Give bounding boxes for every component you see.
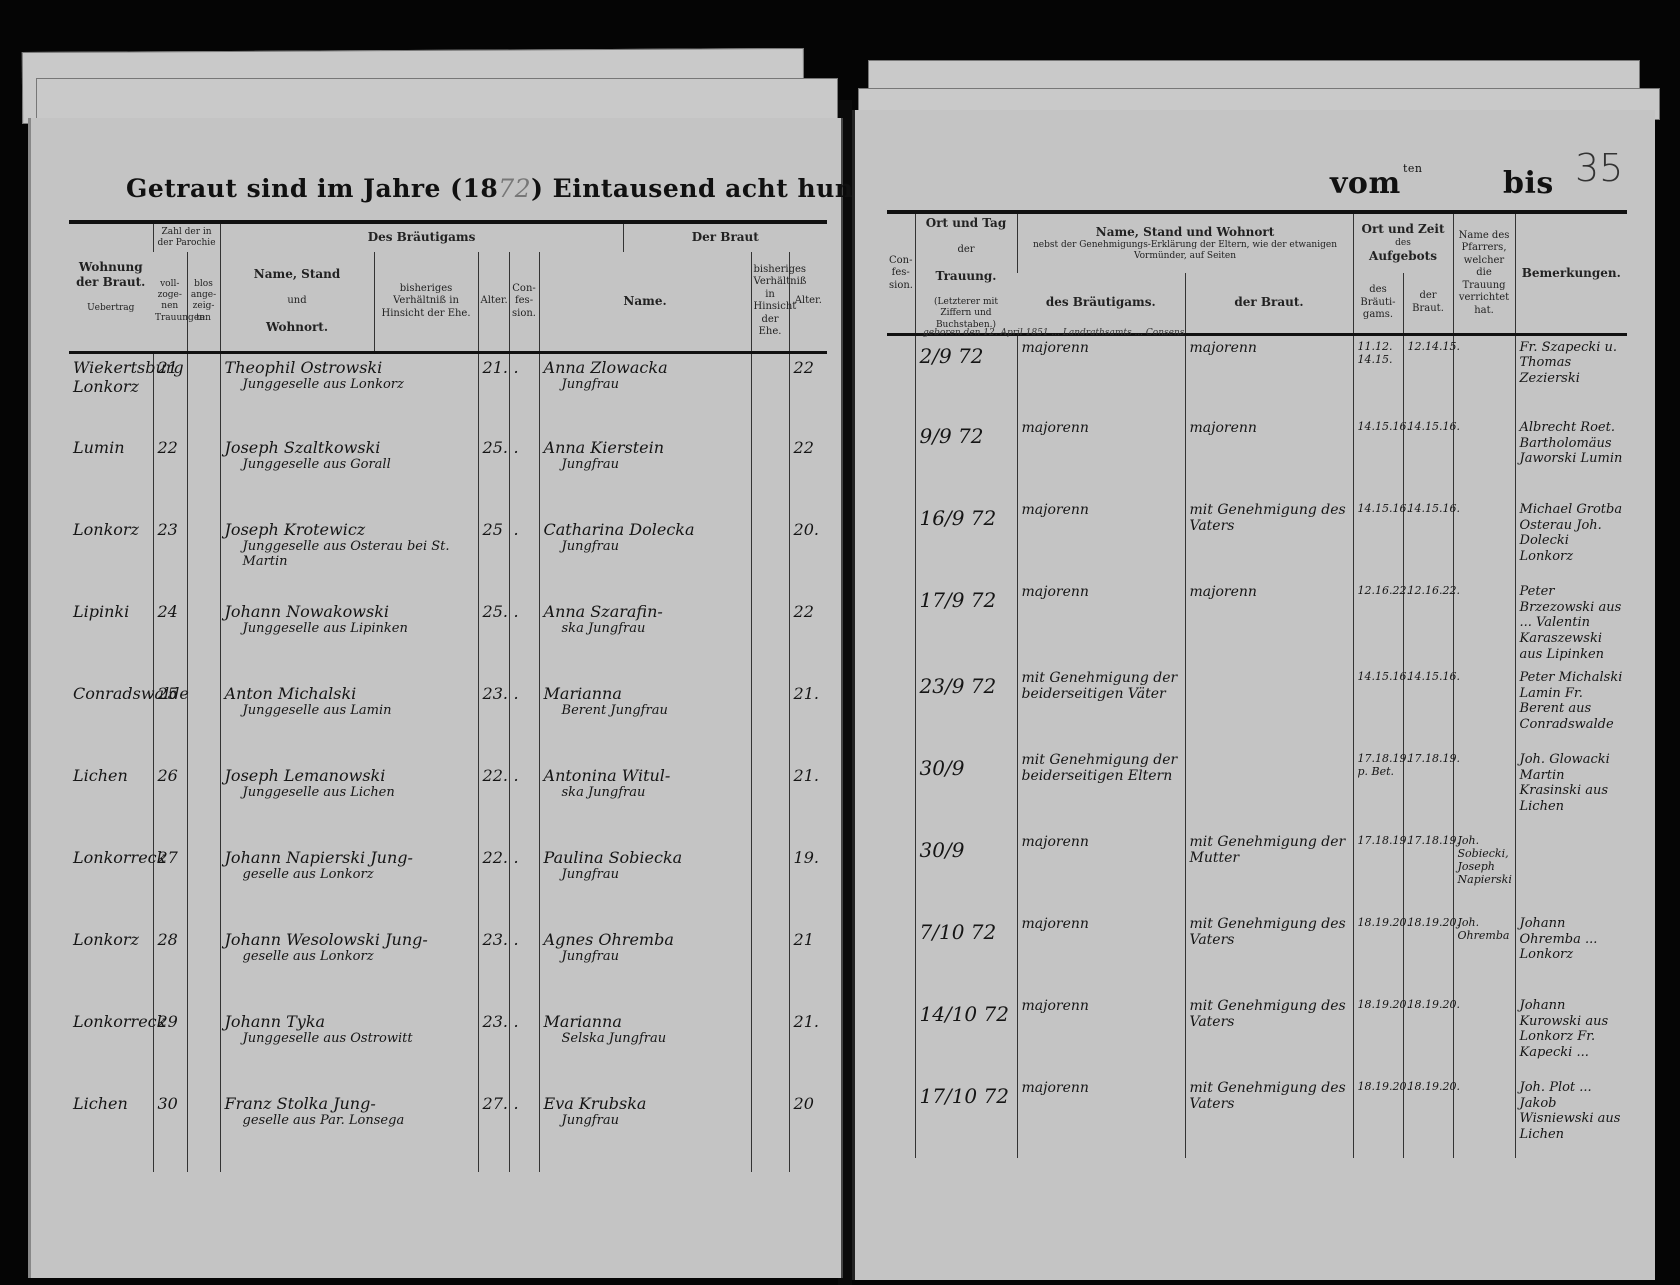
bride-detail: Jungfrau xyxy=(544,949,747,964)
bride-detail: Selska Jungfrau xyxy=(544,1031,747,1046)
bride-cell: MariannaSelska Jungfrau xyxy=(539,1008,751,1090)
blos-cell xyxy=(187,680,220,762)
table-row: 17/10 72majorennmit Genehmigung des Vate… xyxy=(887,1076,1627,1158)
remarks-cell: Johann Kurowski aus Lonkorz Fr. Kapecki … xyxy=(1515,994,1627,1076)
header-des-braeutigams: Des Bräutigams xyxy=(220,222,623,252)
blos-cell xyxy=(187,516,220,598)
aufgebot-bride: 18.19.20. xyxy=(1403,994,1453,1076)
groom-confession: . xyxy=(509,1008,539,1090)
header-pfarrer: Name des Pfarrers, welcher die Trauung v… xyxy=(1453,212,1515,334)
r-confession xyxy=(887,748,915,830)
groom-detail: geselle aus Par. Lonsega xyxy=(225,1113,474,1128)
top-annotation: geboren den 12. April 1851 ... Landraths… xyxy=(923,328,1184,338)
table-row: 7/10 72majorennmit Genehmigung des Vater… xyxy=(887,912,1627,994)
groom-consent: mit Genehmigung der beiderseitigen Elter… xyxy=(1017,748,1185,830)
table-row: Lichen30Franz Stolka Jung-geselle aus Pa… xyxy=(69,1090,827,1172)
bride-verhaeltniss xyxy=(751,352,789,434)
groom-confession: . xyxy=(509,926,539,1008)
table-row: Lipinki24Johann NowakowskiJunggeselle au… xyxy=(69,598,827,680)
table-row: Lumin22Joseph SzaltkowskiJunggeselle aus… xyxy=(69,434,827,516)
bride-cell: Anna ZlowackaJungfrau xyxy=(539,352,751,434)
groom-consent: majorenn xyxy=(1017,830,1185,912)
table-row: Lonkorz23Joseph KrotewiczJunggeselle aus… xyxy=(69,516,827,598)
right-title-vom: vom xyxy=(1330,166,1401,201)
remarks-cell: Joh. Plot ... Jakob Wisniewski aus Liche… xyxy=(1515,1076,1627,1158)
groom-age: 23. xyxy=(478,680,509,762)
wedding-date: 7/10 72 xyxy=(915,912,1017,994)
header-r-confession: Con- fes- sion. xyxy=(887,212,915,334)
groom-name: Anton Michalski xyxy=(225,684,357,703)
groom-confession: . xyxy=(509,352,539,434)
groom-cell: Joseph KrotewiczJunggeselle aus Osterau … xyxy=(220,516,478,598)
bride-age: 19. xyxy=(789,844,827,926)
wedding-date: 14/10 72 xyxy=(915,994,1017,1076)
header-bemerkungen: Bemerkungen. xyxy=(1515,212,1627,334)
remarks-cell: Michael Grotba Osterau Joh. Dolecki Lonk… xyxy=(1515,498,1627,580)
blos-cell xyxy=(187,844,220,926)
groom-consent: majorenn xyxy=(1017,994,1185,1076)
header-wohnung: Wohnung der Braut.Uebertrag xyxy=(69,222,153,352)
title-prefix: Getraut sind im Jahre (18 xyxy=(126,174,498,203)
remarks-cell: Albrecht Roet. Bartholomäus Jaworski Lum… xyxy=(1515,416,1627,498)
bride-age: 22 xyxy=(789,598,827,680)
bride-consent: mit Genehmigung des Vaters xyxy=(1185,498,1353,580)
header-r-der-braut: der Braut. xyxy=(1185,273,1353,334)
remarks-cell: Fr. Szapecki u. Thomas Zezierski xyxy=(1515,334,1627,416)
groom-cell: Johann NowakowskiJunggeselle aus Lipinke… xyxy=(220,598,478,680)
r-confession xyxy=(887,498,915,580)
remarks-cell: Johann Ohremba ... Lonkorz xyxy=(1515,912,1627,994)
bride-verhaeltniss xyxy=(751,1008,789,1090)
table-row: 30/9mit Genehmigung der beiderseitigen E… xyxy=(887,748,1627,830)
blos-cell xyxy=(187,1090,220,1172)
pfarrer-cell xyxy=(1453,334,1515,416)
wedding-date: 17/10 72 xyxy=(915,1076,1017,1158)
header-ort-und-zeit: Ort und ZeitdesAufgebots xyxy=(1353,212,1453,273)
bride-detail: Jungfrau xyxy=(544,1113,747,1128)
pfarrer-cell xyxy=(1453,994,1515,1076)
header-der-braut: Der Braut xyxy=(623,222,827,252)
bride-name: Anna Zlowacka xyxy=(544,358,668,377)
header-aufgebot-braut: der Braut. xyxy=(1403,273,1453,334)
table-row: 2/9 72majorennmajorenn11.12. 14.15.12.14… xyxy=(887,334,1627,416)
aufgebot-bride: 14.15.16. xyxy=(1403,416,1453,498)
wohnung-cell: Lichen xyxy=(69,1090,153,1172)
wedding-date: 30/9 xyxy=(915,748,1017,830)
r-confession xyxy=(887,1076,915,1158)
groom-detail: Junggeselle aus Osterau bei St. Martin xyxy=(225,539,474,569)
header-alter: Alter. xyxy=(478,252,509,352)
aufgebot-bride: 14.15.16. xyxy=(1403,498,1453,580)
bride-verhaeltniss xyxy=(751,1090,789,1172)
aufgebot-groom: 17.18.19. p. Bet. xyxy=(1353,748,1403,830)
bride-detail: Jungfrau xyxy=(544,539,747,554)
bride-consent: mit Genehmigung des Vaters xyxy=(1185,912,1353,994)
table-row: 16/9 72majorennmit Genehmigung des Vater… xyxy=(887,498,1627,580)
groom-detail: geselle aus Lonkorz xyxy=(225,867,474,882)
bride-verhaeltniss xyxy=(751,762,789,844)
bride-cell: Eva KrubskaJungfrau xyxy=(539,1090,751,1172)
wohnung-cell: Lonkorreck xyxy=(69,1008,153,1090)
table-row: Lichen26Joseph LemanowskiJunggeselle aus… xyxy=(69,762,827,844)
right-page: vom ten bis 35 Con- fes- sion. Ort und T… xyxy=(852,110,1655,1280)
table-row: Wiekertsburg Lonkorz21Theophil Ostrowski… xyxy=(69,352,827,434)
pfarrer-cell: Joh. Sobiecki, Joseph Napierski xyxy=(1453,830,1515,912)
header-zahl: Zahl der in der Parochie xyxy=(153,222,220,252)
groom-age: 22. xyxy=(478,762,509,844)
blos-cell xyxy=(187,1008,220,1090)
left-ledger-table: Wohnung der Braut.Uebertrag Zahl der in … xyxy=(69,220,827,1172)
groom-name: Johann Tyka xyxy=(225,1012,326,1031)
groom-name: Joseph Krotewicz xyxy=(225,520,366,539)
entry-number: 28 xyxy=(153,926,187,1008)
header-vollzogenen: voll- zoge- nenTrauungen. xyxy=(153,252,187,352)
remarks-cell xyxy=(1515,830,1627,912)
header-verhaeltniss: bisheriges Verhältniß in Hinsicht der Eh… xyxy=(374,252,478,352)
header-aufgebot-braeutigam: des Bräuti- gams. xyxy=(1353,273,1403,334)
groom-cell: Franz Stolka Jung-geselle aus Par. Lonse… xyxy=(220,1090,478,1172)
aufgebot-bride: 17.18.19. xyxy=(1403,830,1453,912)
bride-consent: majorenn xyxy=(1185,580,1353,666)
groom-consent: majorenn xyxy=(1017,334,1185,416)
aufgebot-groom: 18.19.20. xyxy=(1353,1076,1403,1158)
aufgebot-bride: 12.16.22. xyxy=(1403,580,1453,666)
wedding-date: 17/9 72 xyxy=(915,580,1017,666)
bride-verhaeltniss xyxy=(751,434,789,516)
pfarrer-cell xyxy=(1453,748,1515,830)
r-confession xyxy=(887,912,915,994)
groom-detail: Junggeselle aus Lamin xyxy=(225,703,474,718)
aufgebot-bride: 18.19.20. xyxy=(1403,912,1453,994)
groom-name: Johann Wesolowski Jung- xyxy=(225,930,428,949)
aufgebot-groom: 18.19.20. xyxy=(1353,994,1403,1076)
bride-consent xyxy=(1185,748,1353,830)
entry-number: 22 xyxy=(153,434,187,516)
groom-confession: . xyxy=(509,844,539,926)
bride-cell: Anna Szarafin-ska Jungfrau xyxy=(539,598,751,680)
groom-name: Johann Nowakowski xyxy=(225,602,390,621)
groom-age: 25. xyxy=(478,434,509,516)
bride-cell: Catharina DoleckaJungfrau xyxy=(539,516,751,598)
table-row: 9/9 72majorennmajorenn14.15.16.14.15.16.… xyxy=(887,416,1627,498)
table-row: 30/9majorennmit Genehmigung der Mutter17… xyxy=(887,830,1627,912)
entry-number: 29 xyxy=(153,1008,187,1090)
bride-cell: Paulina SobieckaJungfrau xyxy=(539,844,751,926)
bride-age: 22 xyxy=(789,434,827,516)
header-blos-angezeigten: blos ange- zeig- ten xyxy=(187,252,220,352)
bride-name: Agnes Ohremba xyxy=(544,930,674,949)
blos-cell xyxy=(187,762,220,844)
pfarrer-cell xyxy=(1453,666,1515,748)
bride-detail: Jungfrau xyxy=(544,377,747,392)
groom-confession: . xyxy=(509,434,539,516)
bride-consent: mit Genehmigung der Mutter xyxy=(1185,830,1353,912)
bride-detail: Jungfrau xyxy=(544,457,747,472)
wedding-date: 23/9 72 xyxy=(915,666,1017,748)
groom-detail: Junggeselle aus Ostrowitt xyxy=(225,1031,474,1046)
groom-consent: majorenn xyxy=(1017,912,1185,994)
groom-cell: Johann TykaJunggeselle aus Ostrowitt xyxy=(220,1008,478,1090)
header-ort-und-tag: Ort und TagderTrauung.(Letzterer mit Zif… xyxy=(915,212,1017,334)
bride-age: 21. xyxy=(789,680,827,762)
groom-detail: Junggeselle aus Gorall xyxy=(225,457,474,472)
bride-age: 20 xyxy=(789,1090,827,1172)
aufgebot-groom: 17.18.19. xyxy=(1353,830,1403,912)
bride-cell: MariannaBerent Jungfrau xyxy=(539,680,751,762)
r-confession xyxy=(887,334,915,416)
aufgebot-bride: 17.18.19. xyxy=(1403,748,1453,830)
groom-detail: Junggeselle aus Lipinken xyxy=(225,621,474,636)
groom-age: 22. xyxy=(478,844,509,926)
bride-cell: Agnes OhrembaJungfrau xyxy=(539,926,751,1008)
wedding-date: 9/9 72 xyxy=(915,416,1017,498)
header-braut-verhaeltniss: bisheriges Verhältniß in Hinsicht der Eh… xyxy=(751,252,789,352)
groom-detail: Junggeselle aus Lichen xyxy=(225,785,474,800)
entry-number: 23 xyxy=(153,516,187,598)
header-name-stand-wohnort-r: Name, Stand und Wohnortnebst der Genehmi… xyxy=(1017,212,1353,273)
bride-consent: majorenn xyxy=(1185,334,1353,416)
title-year-handwritten: 72 xyxy=(498,174,531,203)
groom-consent: majorenn xyxy=(1017,416,1185,498)
wohnung-cell: Lipinki xyxy=(69,598,153,680)
header-confession: Con- fes- sion. xyxy=(509,252,539,352)
r-confession xyxy=(887,416,915,498)
bride-cell: Anna KiersteinJungfrau xyxy=(539,434,751,516)
table-row: 14/10 72majorennmit Genehmigung des Vate… xyxy=(887,994,1627,1076)
remarks-cell: Peter Brzezowski aus ... Valentin Karasz… xyxy=(1515,580,1627,666)
bride-consent xyxy=(1185,666,1353,748)
bride-verhaeltniss xyxy=(751,844,789,926)
aufgebot-groom: 18.19.20. xyxy=(1353,912,1403,994)
pfarrer-cell xyxy=(1453,1076,1515,1158)
groom-age: 25 xyxy=(478,516,509,598)
bride-name: Catharina Dolecka xyxy=(544,520,695,539)
aufgebot-groom: 14.15.16. xyxy=(1353,498,1403,580)
entry-number: 30 xyxy=(153,1090,187,1172)
bride-name: Marianna xyxy=(544,684,622,703)
header-r-des-braeutigams: des Bräutigams. xyxy=(1017,273,1185,334)
groom-cell: Joseph LemanowskiJunggeselle aus Lichen xyxy=(220,762,478,844)
bride-cell: Antonina Witul-ska Jungfrau xyxy=(539,762,751,844)
bride-detail: Jungfrau xyxy=(544,867,747,882)
bride-verhaeltniss xyxy=(751,516,789,598)
groom-confession: . xyxy=(509,762,539,844)
bride-name: Marianna xyxy=(544,1012,622,1031)
groom-age: 27. xyxy=(478,1090,509,1172)
blos-cell xyxy=(187,352,220,434)
bride-age: 20. xyxy=(789,516,827,598)
groom-age: 21. xyxy=(478,352,509,434)
r-confession xyxy=(887,580,915,666)
groom-confession: . xyxy=(509,516,539,598)
groom-detail: Junggeselle aus Lonkorz xyxy=(225,377,474,392)
right-title-ten: ten xyxy=(1403,162,1423,175)
wohnung-cell: Wiekertsburg Lonkorz xyxy=(69,352,153,434)
bride-detail: ska Jungfrau xyxy=(544,785,747,800)
groom-consent: majorenn xyxy=(1017,580,1185,666)
aufgebot-groom: 14.15.16. xyxy=(1353,416,1403,498)
bride-verhaeltniss xyxy=(751,926,789,1008)
groom-age: 25. xyxy=(478,598,509,680)
groom-name: Franz Stolka Jung- xyxy=(225,1094,376,1113)
wohnung-cell: Lonkorreck xyxy=(69,844,153,926)
wedding-date: 2/9 72 xyxy=(915,334,1017,416)
bride-consent: mit Genehmigung des Vaters xyxy=(1185,1076,1353,1158)
pfarrer-cell xyxy=(1453,580,1515,666)
r-confession xyxy=(887,830,915,912)
groom-cell: Theophil OstrowskiJunggeselle aus Lonkor… xyxy=(220,352,478,434)
pfarrer-cell: Joh. Ohremba xyxy=(1453,912,1515,994)
groom-cell: Johann Wesolowski Jung-geselle aus Lonko… xyxy=(220,926,478,1008)
blos-cell xyxy=(187,926,220,1008)
wohnung-cell: Lumin xyxy=(69,434,153,516)
remarks-cell: Peter Michalski Lamin Fr. Berent aus Con… xyxy=(1515,666,1627,748)
groom-age: 23. xyxy=(478,926,509,1008)
entry-number: 26 xyxy=(153,762,187,844)
bride-age: 21 xyxy=(789,926,827,1008)
groom-cell: Anton MichalskiJunggeselle aus Lamin xyxy=(220,680,478,762)
aufgebot-bride: 14.15.16. xyxy=(1403,666,1453,748)
wohnung-cell: Conradswalde xyxy=(69,680,153,762)
aufgebot-groom: 12.16.22. xyxy=(1353,580,1403,666)
groom-age: 23. xyxy=(478,1008,509,1090)
table-row: Lonkorreck29Johann TykaJunggeselle aus O… xyxy=(69,1008,827,1090)
groom-consent: mit Genehmigung der beiderseitigen Väter xyxy=(1017,666,1185,748)
groom-confession: . xyxy=(509,1090,539,1172)
bride-consent: mit Genehmigung des Vaters xyxy=(1185,994,1353,1076)
bride-verhaeltniss xyxy=(751,680,789,762)
groom-confession: . xyxy=(509,598,539,680)
wedding-date: 30/9 xyxy=(915,830,1017,912)
left-page: Getraut sind im Jahre (1872) Eintausend … xyxy=(28,118,843,1278)
pfarrer-cell xyxy=(1453,416,1515,498)
right-ledger-table: Con- fes- sion. Ort und TagderTrauung.(L… xyxy=(887,210,1627,1158)
r-confession xyxy=(887,666,915,748)
right-title-bis: bis xyxy=(1503,166,1554,201)
bride-verhaeltniss xyxy=(751,598,789,680)
entry-number: 27 xyxy=(153,844,187,926)
groom-name: Theophil Ostrowski xyxy=(225,358,383,377)
groom-consent: majorenn xyxy=(1017,1076,1185,1158)
wohnung-cell: Lonkorz xyxy=(69,926,153,1008)
groom-confession: . xyxy=(509,680,539,762)
pfarrer-cell xyxy=(1453,498,1515,580)
header-name-stand-wohnort: Name, StandundWohnort. xyxy=(220,252,374,352)
bride-name: Paulina Sobiecka xyxy=(544,848,683,867)
groom-detail: geselle aus Lonkorz xyxy=(225,949,474,964)
groom-name: Joseph Szaltkowski xyxy=(225,438,381,457)
aufgebot-groom: 14.15.16. xyxy=(1353,666,1403,748)
blos-cell xyxy=(187,434,220,516)
groom-name: Johann Napierski Jung- xyxy=(225,848,413,867)
wohnung-cell: Lichen xyxy=(69,762,153,844)
table-row: 17/9 72majorennmajorenn12.16.22.12.16.22… xyxy=(887,580,1627,666)
bride-name: Antonina Witul- xyxy=(544,766,671,785)
aufgebot-bride: 12.14.15. xyxy=(1403,334,1453,416)
groom-name: Joseph Lemanowski xyxy=(225,766,386,785)
table-row: Lonkorreck27Johann Napierski Jung-gesell… xyxy=(69,844,827,926)
bride-name: Anna Szarafin- xyxy=(544,602,663,621)
wohnung-cell: Lonkorz xyxy=(69,516,153,598)
table-row: Lonkorz28Johann Wesolowski Jung-geselle … xyxy=(69,926,827,1008)
bride-detail: Berent Jungfrau xyxy=(544,703,747,718)
left-page-title: Getraut sind im Jahre (1872) Eintausend … xyxy=(126,174,914,203)
bride-name: Anna Kierstein xyxy=(544,438,665,457)
bride-name: Eva Krubska xyxy=(544,1094,647,1113)
bride-age: 22 xyxy=(789,352,827,434)
r-confession xyxy=(887,994,915,1076)
groom-cell: Johann Napierski Jung-geselle aus Lonkor… xyxy=(220,844,478,926)
blos-cell xyxy=(187,598,220,680)
entry-number: 24 xyxy=(153,598,187,680)
wedding-date: 16/9 72 xyxy=(915,498,1017,580)
groom-consent: majorenn xyxy=(1017,498,1185,580)
bride-age: 21. xyxy=(789,1008,827,1090)
page-number: 35 xyxy=(1575,146,1623,190)
bride-detail: ska Jungfrau xyxy=(544,621,747,636)
bride-age: 21. xyxy=(789,762,827,844)
groom-cell: Joseph SzaltkowskiJunggeselle aus Gorall xyxy=(220,434,478,516)
aufgebot-bride: 18.19.20. xyxy=(1403,1076,1453,1158)
remarks-cell: Joh. Glowacki Martin Krasinski aus Liche… xyxy=(1515,748,1627,830)
table-row: 23/9 72mit Genehmigung der beiderseitige… xyxy=(887,666,1627,748)
aufgebot-groom: 11.12. 14.15. xyxy=(1353,334,1403,416)
table-row: Conradswalde25Anton MichalskiJunggeselle… xyxy=(69,680,827,762)
bride-consent: majorenn xyxy=(1185,416,1353,498)
header-braut-name: Name. xyxy=(539,252,751,352)
